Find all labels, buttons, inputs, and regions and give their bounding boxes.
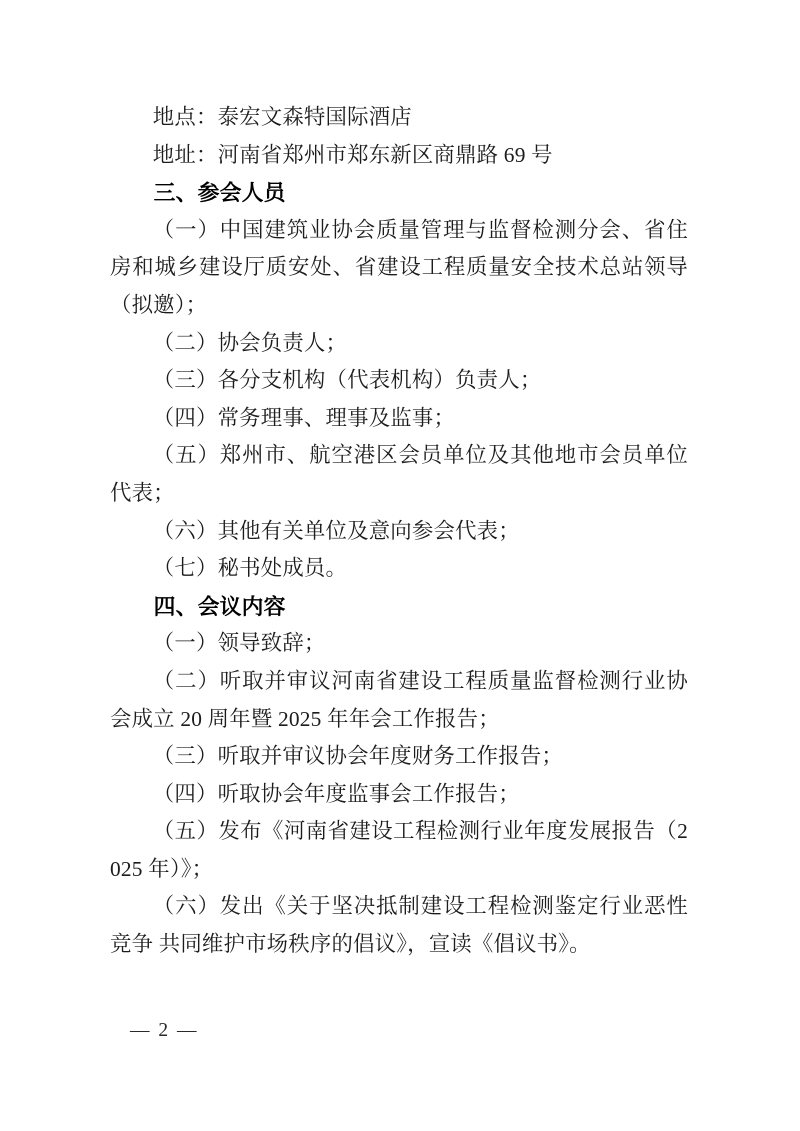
list-item-agenda-4: （四）听取协会年度监事会工作报告； (110, 776, 688, 814)
page-number: — 2 — (130, 1018, 199, 1044)
document-page: 地点：泰宏文森特国际酒店 地址：河南省郑州市郑东新区商鼎路 69 号 三、参会人… (0, 0, 800, 1131)
list-item-agenda-6: （六）发出《关于坚决抵制建设工程检测鉴定行业恶性竞争 共同维护市场秩序的倡议》，… (110, 888, 688, 963)
list-item-agenda-5: （五）发布《河南省建设工程检测行业年度发展报告（2025 年）》； (110, 813, 688, 888)
list-item-attendees-2: （二）协会负责人； (110, 325, 688, 363)
list-item-attendees-4: （四）常务理事、理事及监事； (110, 400, 688, 438)
list-item-attendees-3: （三）各分支机构（代表机构）负责人； (110, 362, 688, 400)
list-item-attendees-6: （六）其他有关单位及意向参会代表； (110, 513, 688, 551)
paragraph-location: 地点：泰宏文森特国际酒店 (110, 99, 688, 137)
list-item-attendees-7: （七）秘书处成员。 (110, 550, 688, 588)
section-heading-attendees: 三、参会人员 (110, 174, 688, 212)
list-item-agenda-1: （一）领导致辞； (110, 625, 688, 663)
list-item-attendees-1: （一）中国建筑业协会质量管理与监督检测分会、省住房和城乡建设厅质安处、省建设工程… (110, 212, 688, 325)
paragraph-address: 地址：河南省郑州市郑东新区商鼎路 69 号 (110, 137, 688, 175)
list-item-agenda-2: （二）听取并审议河南省建设工程质量监督检测行业协会成立 20 周年暨 2025 … (110, 663, 688, 738)
list-item-attendees-5: （五）郑州市、航空港区会员单位及其他地市会员单位代表； (110, 437, 688, 512)
section-heading-agenda: 四、会议内容 (110, 588, 688, 626)
list-item-agenda-3: （三）听取并审议协会年度财务工作报告； (110, 738, 688, 776)
